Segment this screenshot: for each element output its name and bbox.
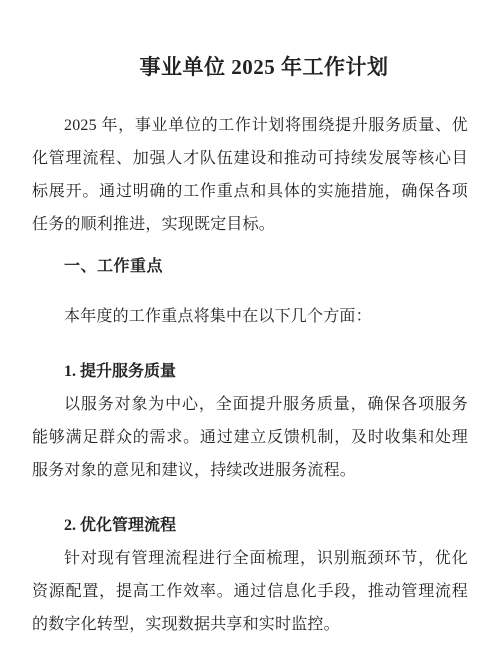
document-title: 事业单位 2025 年工作计划 bbox=[32, 52, 468, 82]
document-page: 事业单位 2025 年工作计划 2025 年，事业单位的工作计划将围绕提升服务质… bbox=[0, 0, 500, 647]
intro-paragraph: 2025 年，事业单位的工作计划将围绕提升服务质量、优化管理流程、加强人才队伍建… bbox=[32, 109, 468, 241]
subsection-body-management-process: 针对现有管理流程进行全面梳理，识别瓶颈环节，优化资源配置，提高工作效率。通过信息… bbox=[32, 542, 468, 641]
subsection-body-service-quality: 以服务对象为中心，全面提升服务质量，确保各项服务能够满足群众的需求。通过建立反馈… bbox=[32, 388, 468, 487]
subsection-heading-management-process: 2. 优化管理流程 bbox=[32, 509, 468, 542]
section-heading-work-focus: 一、工作重点 bbox=[32, 250, 468, 283]
subsection-heading-service-quality: 1. 提升服务质量 bbox=[32, 355, 468, 388]
section-lead-paragraph: 本年度的工作重点将集中在以下几个方面： bbox=[32, 300, 468, 333]
